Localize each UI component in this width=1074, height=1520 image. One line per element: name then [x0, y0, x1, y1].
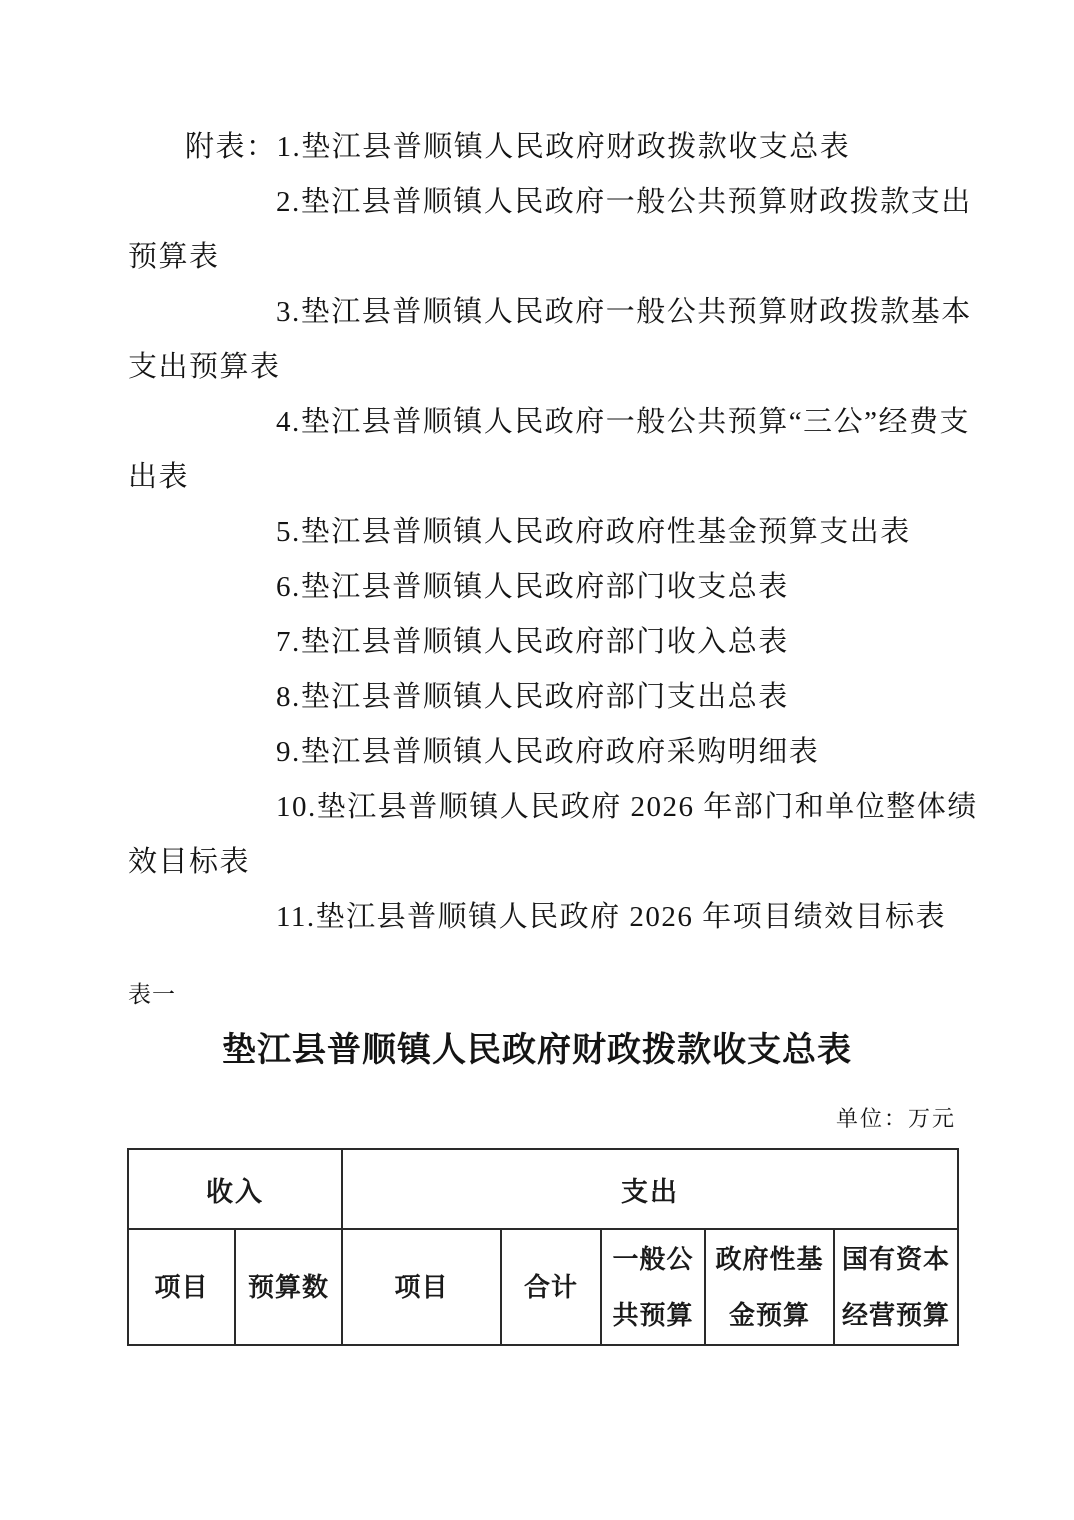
attachment-list: 附表：1.垫江县普顺镇人民政府财政拨款收支总表 2.垫江县普顺镇人民政府一般公共… [128, 120, 960, 945]
attachment-line: 10.垫江县普顺镇人民政府 2026 年部门和单位整体绩 [128, 780, 960, 835]
budget-table: 收入 支出 项目 预算数 项目 合计 一般公 共预算 政府性基 金预算 国有资本… [127, 1148, 959, 1346]
attachment-line: 2.垫江县普顺镇人民政府一般公共预算财政拨款支出 [128, 175, 960, 230]
attachment-line: 6.垫江县普顺镇人民政府部门收支总表 [128, 560, 960, 615]
attachment-line: 11.垫江县普顺镇人民政府 2026 年项目绩效目标表 [128, 890, 960, 945]
table-header-row-columns: 项目 预算数 项目 合计 一般公 共预算 政府性基 金预算 国有资本 经营预算 [128, 1229, 958, 1345]
table-header-row-groups: 收入 支出 [128, 1149, 958, 1229]
income-header-cell: 收入 [128, 1149, 342, 1229]
attachment-line: 3.垫江县普顺镇人民政府一般公共预算财政拨款基本 [128, 285, 960, 340]
unit-note: 单位：万元 [836, 1102, 956, 1133]
attachment-line: 7.垫江县普顺镇人民政府部门收入总表 [128, 615, 960, 670]
document-page: 附表：1.垫江县普顺镇人民政府财政拨款收支总表 2.垫江县普顺镇人民政府一般公共… [0, 0, 1074, 1520]
attachment-line: 5.垫江县普顺镇人民政府政府性基金预算支出表 [128, 505, 960, 560]
attachment-line: 支出预算表 [128, 340, 960, 395]
col-header-govt-fund: 政府性基 金预算 [705, 1229, 834, 1345]
col-header-income-budget: 预算数 [235, 1229, 342, 1345]
attachment-line: 出表 [128, 450, 960, 505]
col-header-state-capital: 国有资本 经营预算 [834, 1229, 958, 1345]
attachment-line: 8.垫江县普顺镇人民政府部门支出总表 [128, 670, 960, 725]
attachment-line: 预算表 [128, 230, 960, 285]
col-header-total: 合计 [501, 1229, 601, 1345]
attachment-line: 9.垫江县普顺镇人民政府政府采购明细表 [128, 725, 960, 780]
col-header-income-item: 项目 [128, 1229, 235, 1345]
table-title: 垫江县普顺镇人民政府财政拨款收支总表 [0, 1022, 1074, 1071]
expense-header-cell: 支出 [342, 1149, 958, 1229]
attachment-line: 附表：1.垫江县普顺镇人民政府财政拨款收支总表 [128, 120, 960, 175]
table-one-label: 表一 [128, 976, 176, 1009]
col-header-general-public: 一般公 共预算 [601, 1229, 705, 1345]
attachment-line: 效目标表 [128, 835, 960, 890]
col-header-expense-item: 项目 [342, 1229, 501, 1345]
attachment-line: 4.垫江县普顺镇人民政府一般公共预算“三公”经费支 [128, 395, 960, 450]
